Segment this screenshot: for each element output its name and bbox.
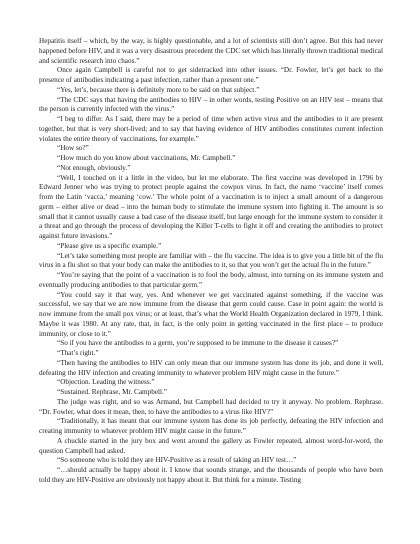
paragraph: “So someone who is told they are HIV-Pos… [39, 456, 383, 466]
paragraph: “That’s right.” [39, 349, 383, 359]
paragraph: “Let’s take something most people are fa… [39, 252, 383, 272]
page-text-block: Hepatitis itself – which, by the way, is… [39, 37, 383, 486]
paragraph: The judge was right, and so was Armand, … [39, 398, 383, 418]
paragraph: “I beg to differ. As I said, there may b… [39, 115, 383, 144]
paragraph: A chuckle started in the jury box and we… [39, 437, 383, 457]
paragraph: “So if you have the antibodies to a germ… [39, 339, 383, 349]
paragraph: “Then having the antibodies to HIV can o… [39, 359, 383, 379]
paragraph: “Yes, let’s, because there is definitely… [39, 86, 383, 96]
paragraph: “Sustained. Rephrase, Mr. Campbell.” [39, 388, 383, 398]
paragraph: Hepatitis itself – which, by the way, is… [39, 37, 383, 66]
paragraph: “Well, I touched on it a little in the v… [39, 174, 383, 242]
paragraph: Once again Campbell is careful not to ge… [39, 66, 383, 86]
paragraph: “…should actually be happy about it. I k… [39, 466, 383, 486]
paragraph: “How so?” [39, 144, 383, 154]
paragraph: “How much do you know about vaccinations… [39, 154, 383, 164]
paragraph: “Please give us a specific example.” [39, 242, 383, 252]
paragraph: “You’re saying that the point of a vacci… [39, 271, 383, 291]
paragraph: “Traditionally, it has meant that our im… [39, 417, 383, 437]
paragraph: “Objection. Leading the witness.” [39, 378, 383, 388]
paragraph: “Not enough, obviously.” [39, 164, 383, 174]
book-page: Hepatitis itself – which, by the way, is… [0, 0, 420, 544]
paragraph: “You could say it that way, yes. And whe… [39, 291, 383, 340]
paragraph: “The CDC says that having the antibodies… [39, 96, 383, 116]
